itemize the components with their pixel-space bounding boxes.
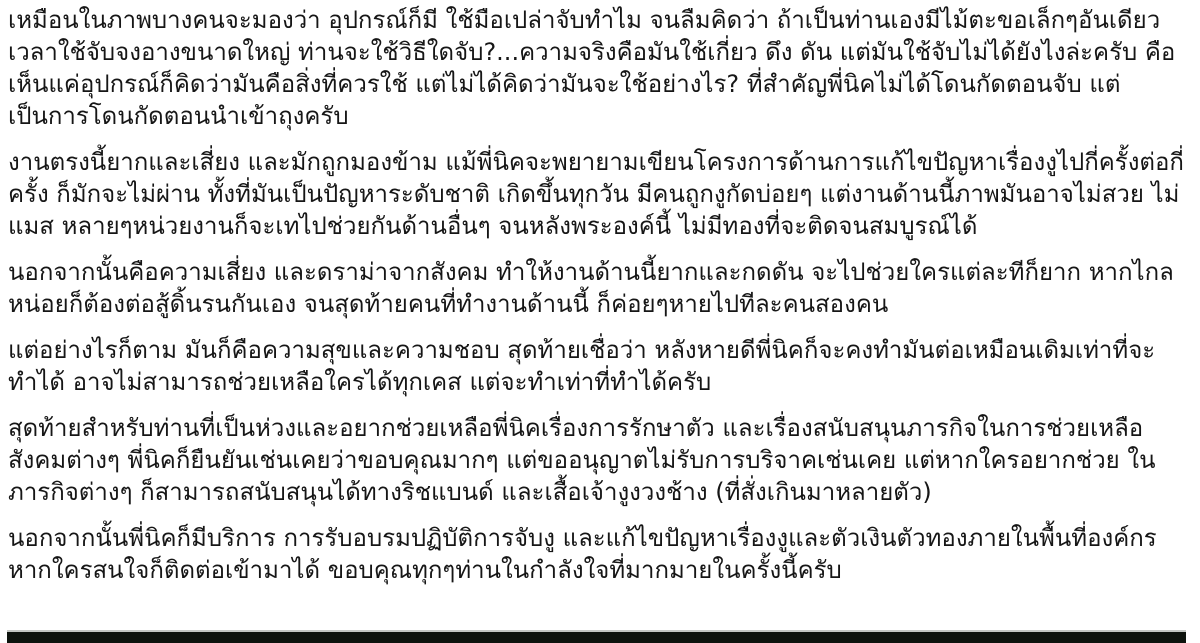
paragraph-1: เหมือนในภาพบางคนจะมองว่า อุปกรณ์ก็มี ใช้… <box>8 4 1192 132</box>
paragraph-5: สุดท้ายสำหรับท่านที่เป็นห่วงและอยากช่วยเ… <box>8 412 1192 508</box>
paragraph-3: นอกจากนั้นคือความเสี่ยง และดราม่าจากสังค… <box>8 256 1192 320</box>
paragraph-4: แต่อย่างไรก็ตาม มันก็คือความสุขและความชอ… <box>8 334 1192 398</box>
video-letterbox-bar <box>7 630 1186 643</box>
screenshot-root: { "page": { "background_color": "#ffffff… <box>0 0 1200 643</box>
paragraph-6: นอกจากนั้นพี่นิคก็มีบริการ การรับอบรมปฏิ… <box>8 522 1192 586</box>
paragraph-2: งานตรงนี้ยากและเสี่ยง และมักถูกมองข้าม แ… <box>8 146 1192 242</box>
post-text-block: เหมือนในภาพบางคนจะมองว่า อุปกรณ์ก็มี ใช้… <box>8 4 1192 600</box>
